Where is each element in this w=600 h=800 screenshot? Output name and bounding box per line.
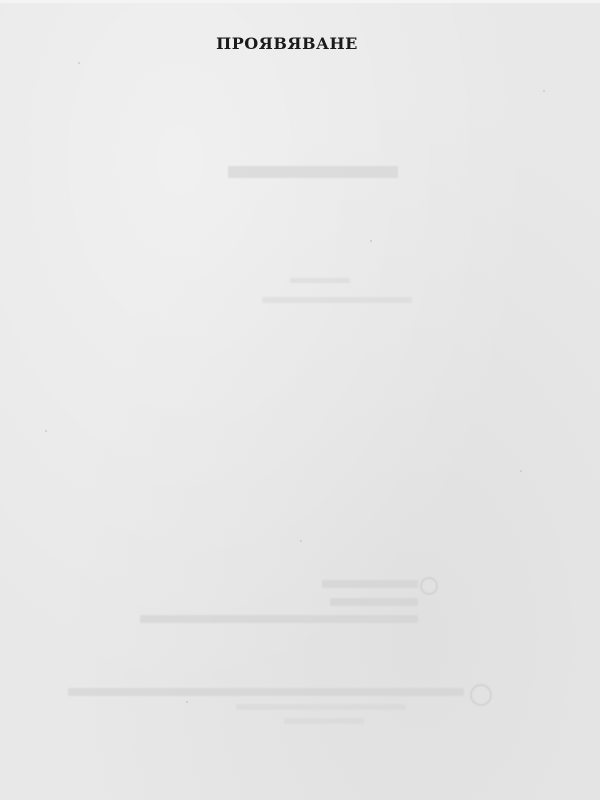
book-page: ПРОЯВЯВАНЕ xyxy=(0,0,600,800)
show-through-copyright-mark xyxy=(470,684,492,706)
show-through-line xyxy=(330,598,418,606)
show-through-line xyxy=(140,615,418,623)
show-through-line xyxy=(68,688,464,696)
paper-speck xyxy=(300,540,302,542)
show-through-line xyxy=(322,580,418,588)
show-through-title xyxy=(228,166,398,178)
paper-speck xyxy=(370,240,372,242)
page-top-edge xyxy=(0,0,600,3)
paper-speck xyxy=(520,470,522,472)
show-through-line xyxy=(262,297,412,303)
page-title: ПРОЯВЯВАНЕ xyxy=(0,34,574,53)
paper-speck xyxy=(543,90,545,92)
paper-speck xyxy=(78,62,80,64)
paper-speck xyxy=(45,430,47,432)
show-through-line xyxy=(290,278,350,283)
show-through-line xyxy=(236,704,406,710)
paper-speck xyxy=(186,701,188,703)
show-through-line xyxy=(284,718,364,724)
show-through-copyright-mark xyxy=(420,577,438,595)
